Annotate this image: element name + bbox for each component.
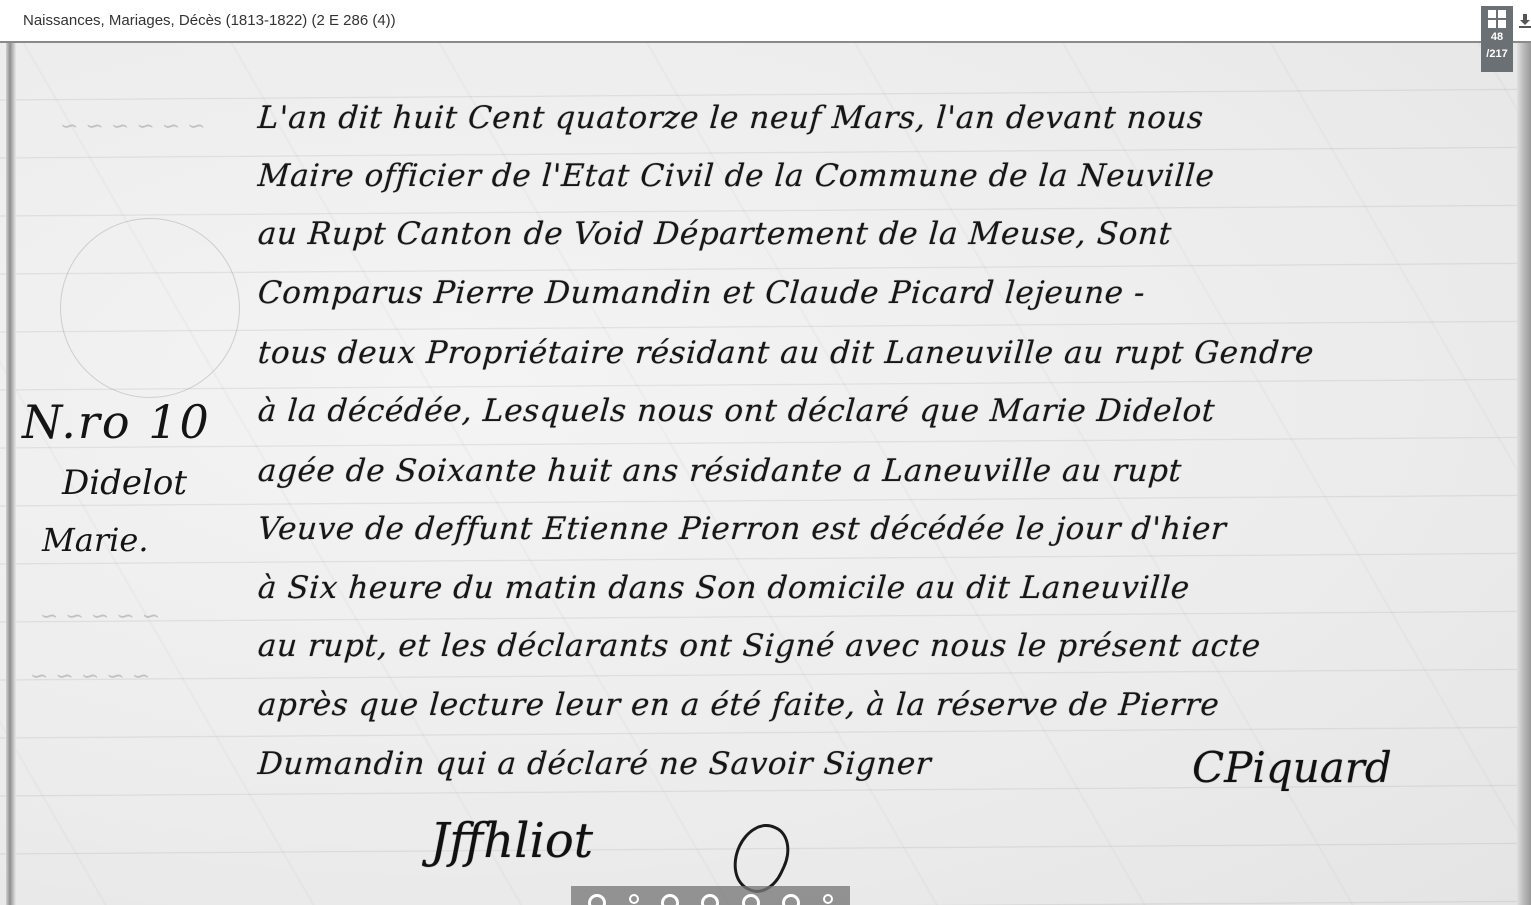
manuscript-line: au Rupt Canton de Void Département de la… xyxy=(257,216,1485,252)
page-right-edge xyxy=(1517,43,1531,905)
manuscript-line: agée de Soixante huit ans résidante a La… xyxy=(257,453,1485,489)
info-icon[interactable] xyxy=(629,894,639,904)
contrast-icon[interactable] xyxy=(742,894,760,905)
print-icon[interactable] xyxy=(782,894,800,905)
faded-seal-stamp xyxy=(60,218,240,398)
manuscript-line: au rupt, et les déclarants ont Signé ave… xyxy=(257,628,1485,664)
bleed-through-text: ~ ~ ~ ~ ~ ~ xyxy=(60,113,206,138)
download-icon[interactable] xyxy=(1519,14,1531,28)
viewer-bottom-toolbar xyxy=(571,886,850,905)
bleed-through-text: ~ ~ ~ ~ ~ xyxy=(40,603,160,628)
manuscript-line: à Six heure du matin dans Son domicile a… xyxy=(257,570,1485,606)
document-title: Naissances, Mariages, Décès (1813-1822) … xyxy=(23,12,396,29)
mayor-signature: Jffhliot xyxy=(430,813,593,869)
current-page: 48 xyxy=(1491,29,1503,46)
margin-first-name: Marie. xyxy=(42,521,148,559)
margin-entry-number: N.ro 10 xyxy=(22,395,211,449)
manuscript-line: après que lecture leur en a été faite, à… xyxy=(257,687,1485,723)
zoom-in-icon[interactable] xyxy=(661,894,679,905)
settings-icon[interactable] xyxy=(823,894,833,904)
zoom-out-icon[interactable] xyxy=(588,894,606,905)
document-title-bar: Naissances, Mariages, Décès (1813-1822) … xyxy=(0,0,1531,43)
manuscript-line: tous deux Propriétaire résidant au dit L… xyxy=(257,335,1485,371)
witness-signature: CPiquard xyxy=(1192,743,1392,792)
total-pages: /217 xyxy=(1486,46,1507,63)
bleed-through-text: ~ ~ ~ ~ ~ xyxy=(30,663,150,688)
manuscript-line: Veuve de deffunt Etienne Pierron est déc… xyxy=(257,511,1485,547)
image-viewer[interactable]: ~ ~ ~ ~ ~ ~ ~ ~ ~ ~ ~ ~ ~ ~ ~ ~ N.ro 10 … xyxy=(0,43,1531,905)
grid-icon xyxy=(1488,10,1506,28)
manuscript-line: Maire officier de l'Etat Civil de la Com… xyxy=(257,158,1485,194)
manuscript-line: L'an dit huit Cent quatorze le neuf Mars… xyxy=(257,100,1485,136)
rotate-icon[interactable] xyxy=(701,894,719,905)
manuscript-line: à la décédée, Lesquels nous ont déclaré … xyxy=(257,393,1485,429)
page-counter-button[interactable]: 48 /217 xyxy=(1481,6,1513,72)
manuscript-line: Comparus Pierre Dumandin et Claude Picar… xyxy=(257,275,1485,311)
page-binding-edge xyxy=(6,43,16,905)
margin-surname: Didelot xyxy=(62,463,187,503)
manuscript-line: Dumandin qui a déclaré ne Savoir Signer xyxy=(257,746,1180,782)
